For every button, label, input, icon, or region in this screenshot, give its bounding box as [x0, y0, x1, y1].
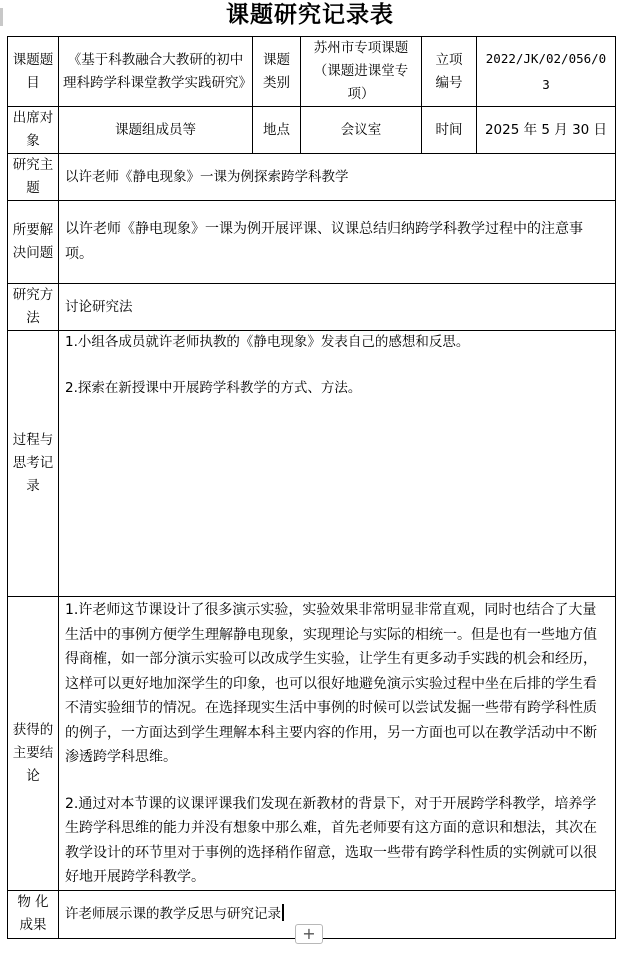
location-label: 地点 [253, 107, 301, 154]
problem-label: 所要解决问题 [8, 201, 59, 284]
time-value[interactable]: 2025 年 5 月 30 日 [477, 107, 616, 154]
location-value[interactable]: 会议室 [301, 107, 422, 154]
row-research-theme: 研究主题 以许老师《静电现象》一课为例探索跨学科教学 [8, 154, 616, 201]
conclusion-item-2: 2.通过对本节课的议课评课我们发现在新教材的背景下，对于开展跨学科教学，培养学生… [65, 792, 609, 890]
category-value[interactable]: 苏州市专项课题（课题进课堂专项） [301, 37, 422, 107]
research-theme-label: 研究主题 [8, 154, 59, 201]
add-row-button[interactable]: + [295, 924, 323, 944]
process-item-1: 1.小组各成员就许老师执教的《静电现象》发表自己的感想和反思。 [65, 331, 609, 354]
category-label: 课题类别 [253, 37, 301, 107]
problem-value[interactable]: 以许老师《静电现象》一课为例开展评课、议课总结归纳跨学科教学过程中的注意事项。 [59, 201, 616, 284]
process-label: 过程与思考记录 [8, 331, 59, 597]
research-theme-value[interactable]: 以许老师《静电现象》一课为例探索跨学科教学 [59, 154, 616, 201]
project-no-value[interactable]: 2022/JK/02/056/03 [477, 37, 616, 107]
row-problem: 所要解决问题 以许老师《静电现象》一课为例开展评课、议课总结归纳跨学科教学过程中… [8, 201, 616, 284]
process-value[interactable]: 1.小组各成员就许老师执教的《静电现象》发表自己的感想和反思。 2.探索在新授课… [59, 331, 616, 597]
attendees-value[interactable]: 课题组成员等 [59, 107, 253, 154]
row-method: 研究方法 讨论研究法 [8, 284, 616, 331]
process-item-2: 2.探索在新授课中开展跨学科教学的方式、方法。 [65, 377, 609, 400]
row-conclusions: 获得的主要结论 1.许老师这节课设计了很多演示实验，实验效果非常明显非常直观，同… [8, 597, 616, 891]
row-topic: 课题题目 《基于科教融合大教研的初中理科跨学科课堂教学实践研究》 课题类别 苏州… [8, 37, 616, 107]
spacer [65, 770, 609, 792]
outcome-label: 物 化成果 [8, 890, 59, 938]
time-label: 时间 [422, 107, 477, 154]
method-value[interactable]: 讨论研究法 [59, 284, 616, 331]
method-label: 研究方法 [8, 284, 59, 331]
record-table: 课题题目 《基于科教融合大教研的初中理科跨学科课堂教学实践研究》 课题类别 苏州… [7, 36, 616, 939]
project-no-label: 立项编号 [422, 37, 477, 107]
conclusions-label: 获得的主要结论 [8, 597, 59, 891]
text-cursor [282, 904, 284, 921]
conclusion-item-1: 1.许老师这节课设计了很多演示实验，实验效果非常明显非常直观，同时也结合了大量生… [65, 598, 609, 770]
outcome-value[interactable]: 许老师展示课的教学反思与研究记录 [59, 890, 616, 938]
attendees-label: 出席对象 [8, 107, 59, 154]
document-title: 课题研究记录表 [0, 0, 620, 32]
conclusions-value[interactable]: 1.许老师这节课设计了很多演示实验，实验效果非常明显非常直观，同时也结合了大量生… [59, 597, 616, 891]
row-process: 过程与思考记录 1.小组各成员就许老师执教的《静电现象》发表自己的感想和反思。 … [8, 331, 616, 597]
spacer [65, 354, 609, 377]
row-attendance: 出席对象 课题组成员等 地点 会议室 时间 2025 年 5 月 30 日 [8, 107, 616, 154]
topic-value[interactable]: 《基于科教融合大教研的初中理科跨学科课堂教学实践研究》 [59, 37, 253, 107]
topic-label: 课题题目 [8, 37, 59, 107]
